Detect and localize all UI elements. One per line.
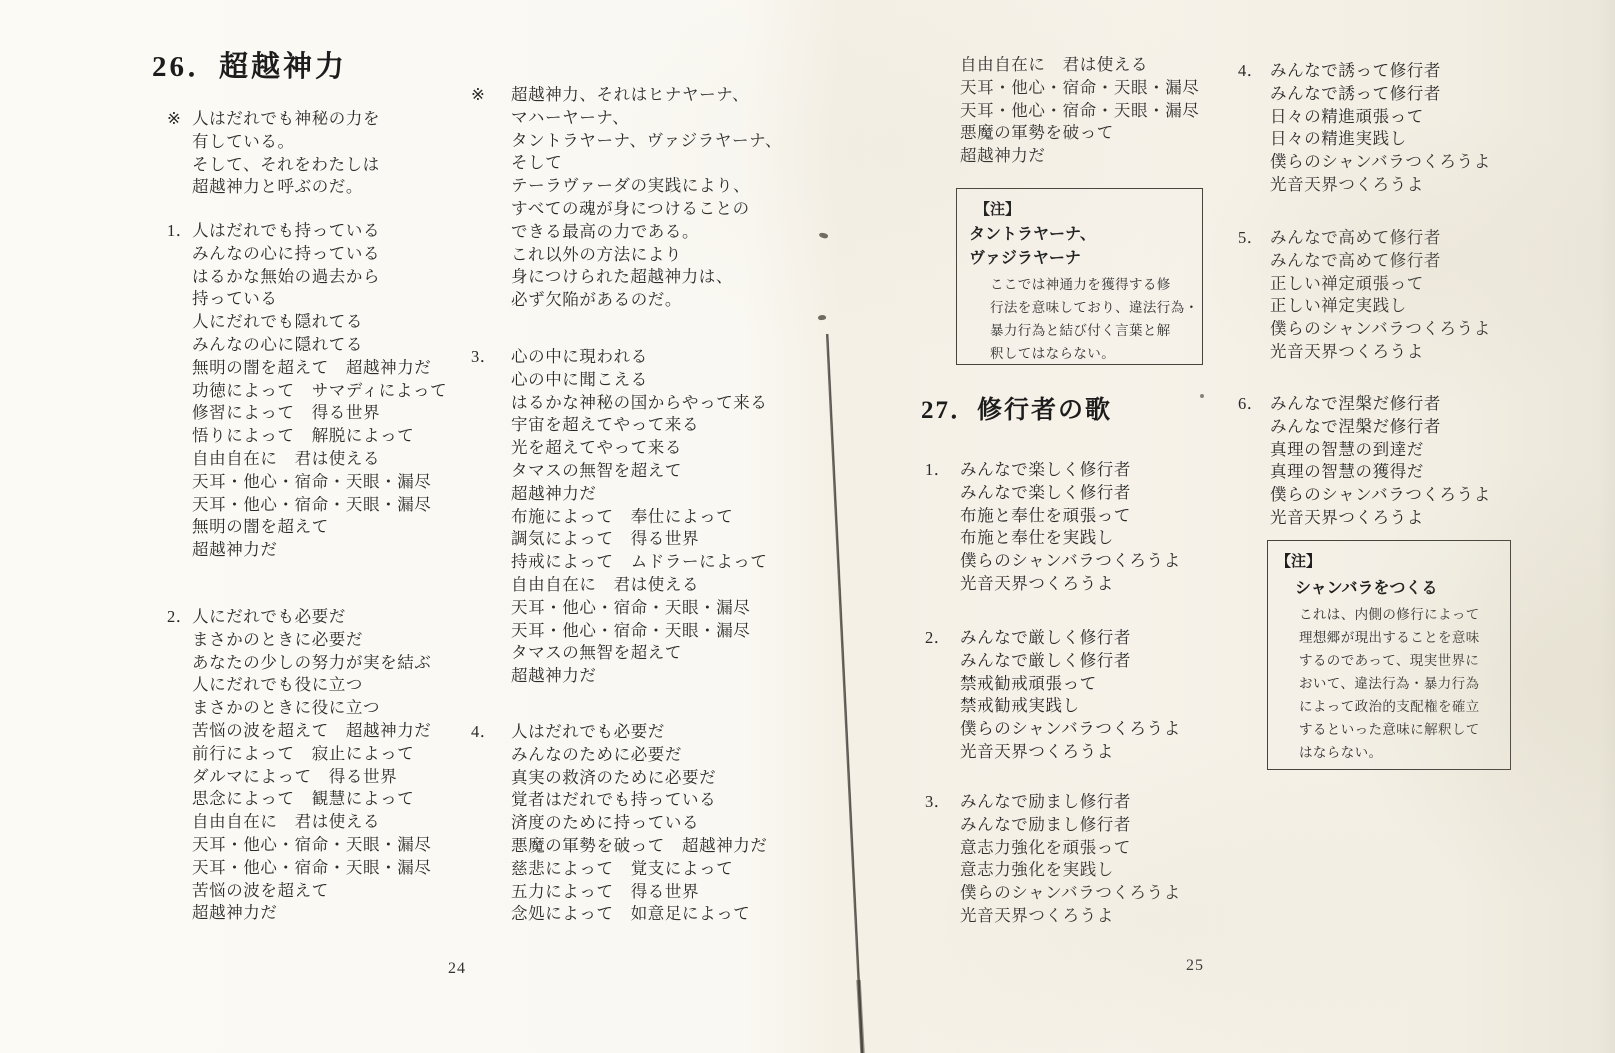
page-number-right: 25 bbox=[1186, 957, 1204, 975]
text-line: 人にだれでも隠れてる bbox=[192, 311, 447, 334]
verse-number: 3． bbox=[925, 791, 960, 814]
verse-continuation-block: 自由自在に 君は使える天耳・他心・宿命・天眼・漏尽天耳・他心・宿命・天眼・漏尽悪… bbox=[925, 54, 1199, 168]
text-line: 行法を意味しており、違法行為・ bbox=[990, 296, 1202, 319]
text-line: 超越神力だ bbox=[192, 539, 447, 562]
text-line: 禁戒勧戒実践し bbox=[960, 695, 1181, 718]
section-title-27: 27．修行者の歌 bbox=[921, 390, 1112, 426]
verse-number: 2． bbox=[925, 627, 960, 650]
text-line: みんなのために必要だ bbox=[511, 744, 768, 767]
text-line: 天耳・他心・宿命・天眼・漏尽 bbox=[192, 471, 447, 494]
intro-block: ※ 人はだれでも神秘の力を有している。そして、それをわたしは超越神力と呼ぶのだ。 bbox=[167, 108, 380, 199]
text-line: 真理の智慧の到達だ bbox=[1270, 439, 1491, 462]
text-line: 天耳・他心・宿命・天眼・漏尽 bbox=[192, 834, 431, 857]
text-line: 悪魔の軍勢を破って bbox=[960, 122, 1199, 145]
verse-number: 3． bbox=[471, 346, 511, 369]
ink-speck bbox=[818, 232, 828, 240]
verse-block: 5． みんなで高めて修行者みんなで高めて修行者正しい禅定頑張って正しい禅定実践し… bbox=[1238, 227, 1491, 364]
verse-lines: 人にだれでも必要だまさかのときに必要だあなたの少しの努力が実を結ぶ人にだれでも役… bbox=[192, 606, 431, 925]
text-line: みんなの心に持っている bbox=[192, 243, 447, 266]
text-line: まさかのときに必要だ bbox=[192, 629, 431, 652]
verse-lines: みんなで誘って修行者みんなで誘って修行者日々の精進頑張って日々の精進実践し僕らの… bbox=[1270, 60, 1491, 197]
verse-block: 4． みんなで誘って修行者みんなで誘って修行者日々の精進頑張って日々の精進実践し… bbox=[1238, 60, 1491, 197]
text-line: 天耳・他心・宿命・天眼・漏尽 bbox=[192, 857, 431, 880]
text-line: 超越神力だ bbox=[511, 483, 768, 506]
text-line: シャンバラをつくる bbox=[1295, 577, 1510, 601]
text-line: おいて、違法行為・暴力行為 bbox=[1299, 672, 1510, 695]
text-line: 五力によって 得る世界 bbox=[511, 881, 768, 904]
text-line: みんなで厳しく修行者 bbox=[960, 627, 1181, 650]
intro-lines: 人はだれでも神秘の力を有している。そして、それをわたしは超越神力と呼ぶのだ。 bbox=[192, 108, 380, 199]
verse-block: 1． みんなで楽しく修行者みんなで楽しく修行者布施と奉仕を頑張って布施と奉仕を実… bbox=[925, 459, 1181, 596]
verse-lines: みんなで楽しく修行者みんなで楽しく修行者布施と奉仕を頑張って布施と奉仕を実践し僕… bbox=[960, 459, 1181, 596]
text-line: 日々の精進実践し bbox=[1270, 128, 1491, 151]
ink-speck bbox=[1200, 394, 1204, 398]
text-line: みんなで涅槃だ修行者 bbox=[1270, 416, 1491, 439]
text-line: みんなで涅槃だ修行者 bbox=[1270, 393, 1491, 416]
text-line: 持っている bbox=[192, 288, 447, 311]
text-line: これは、内側の修行によって bbox=[1299, 603, 1510, 626]
text-line: 自由自在に 君は使える bbox=[192, 811, 431, 834]
text-line: するといった意味に解釈して bbox=[1299, 718, 1510, 741]
verse-lines: みんなで厳しく修行者みんなで厳しく修行者禁戒勧戒頑張って禁戒勧戒実践し僕らのシャ… bbox=[960, 627, 1181, 764]
text-line: するのであって、現実世界に bbox=[1299, 649, 1510, 672]
verse-block: 4． 人はだれでも必要だみんなのために必要だ真実の救済のために必要だ覚者はだれで… bbox=[471, 721, 768, 926]
verse-number: 2． bbox=[167, 606, 192, 629]
text-line: 身につけられた超越神力は、 bbox=[511, 266, 782, 289]
text-line: 必ず欠陥があるのだ。 bbox=[511, 289, 782, 312]
text-line: 理想郷が現出することを意味 bbox=[1299, 626, 1510, 649]
text-line: 覚者はだれでも持っている bbox=[511, 789, 768, 812]
text-line: 天耳・他心・宿命・天眼・漏尽 bbox=[511, 620, 768, 643]
verse-lines: 心の中に現われる心の中に聞こえるはるかな神秘の国からやって来る宇宙を超えてやって… bbox=[511, 346, 768, 688]
verse-block: 3． みんなで励まし修行者みんなで励まし修行者意志力強化を頑張って意志力強化を実… bbox=[925, 791, 1181, 928]
text-line: ダルマによって 得る世界 bbox=[192, 766, 431, 789]
text-line: 功徳によって サマディによって bbox=[192, 380, 447, 403]
verse-block: 1． 人はだれでも持っているみんなの心に持っているはるかな無始の過去から持ってい… bbox=[167, 220, 447, 562]
text-line: 僕らのシャンバラつくろうよ bbox=[960, 882, 1181, 905]
text-line: 超越神力と呼ぶのだ。 bbox=[192, 176, 380, 199]
text-line: みんなで高めて修行者 bbox=[1270, 227, 1491, 250]
text-line: 悪魔の軍勢を破って 超越神力だ bbox=[511, 835, 768, 858]
text-line: 光音天界つくろうよ bbox=[1270, 507, 1491, 530]
text-line: 釈してはならない。 bbox=[990, 342, 1202, 365]
text-line: 人はだれでも必要だ bbox=[511, 721, 768, 744]
text-line: タマスの無智を超えて bbox=[511, 460, 768, 483]
reference-mark: ※ bbox=[471, 84, 511, 107]
text-line: はるかな神秘の国からやって来る bbox=[511, 392, 768, 415]
text-line: 正しい禅定実践し bbox=[1270, 295, 1491, 318]
text-line: できる最高の力である。 bbox=[511, 221, 782, 244]
text-line: 超越神力だ bbox=[192, 902, 431, 925]
note-box-tantrayana: 【注】 タントラヤーナ、ヴァジラヤーナ ここでは神通力を獲得する修行法を意味して… bbox=[956, 188, 1203, 365]
verse-number: 4． bbox=[1238, 60, 1270, 83]
verse-block: 2． 人にだれでも必要だまさかのときに必要だあなたの少しの努力が実を結ぶ人にだれ… bbox=[167, 606, 431, 925]
text-line: タントラヤーナ、 bbox=[969, 223, 1202, 247]
book-spread-scan: 26．超越神力 ※ 人はだれでも神秘の力を有している。そして、それをわたしは超越… bbox=[0, 0, 1615, 1053]
text-line: これ以外の方法により bbox=[511, 244, 782, 267]
text-line: タマスの無智を超えて bbox=[511, 642, 768, 665]
text-line: 人にだれでも役に立つ bbox=[192, 674, 431, 697]
text-line: はるかな無始の過去から bbox=[192, 266, 447, 289]
text-line: みんなで楽しく修行者 bbox=[960, 482, 1181, 505]
text-line: によって政治的支配権を確立 bbox=[1299, 695, 1510, 718]
text-line: みんなで励まし修行者 bbox=[960, 791, 1181, 814]
verse-block: 3． 心の中に現われる心の中に聞こえるはるかな神秘の国からやって来る宇宙を超えて… bbox=[471, 346, 768, 688]
intro-block: ※ 超越神力、それはヒナヤーナ、マハーヤーナ、タントラヤーナ、ヴァジラヤーナ、そ… bbox=[471, 84, 782, 312]
text-line: 光音天界つくろうよ bbox=[960, 573, 1181, 596]
text-line: みんなで楽しく修行者 bbox=[960, 459, 1181, 482]
text-line: みんなで厳しく修行者 bbox=[960, 650, 1181, 673]
text-line: 意志力強化を頑張って bbox=[960, 837, 1181, 860]
text-line: 天耳・他心・宿命・天眼・漏尽 bbox=[960, 100, 1199, 123]
note-body: ここでは神通力を獲得する修行法を意味しており、違法行為・暴力行為と結び付く言葉と… bbox=[990, 273, 1202, 365]
text-line: みんなで誘って修行者 bbox=[1270, 60, 1491, 83]
note-box-shambhala: 【注】 シャンバラをつくる これは、内側の修行によって理想郷が現出することを意味… bbox=[1267, 540, 1511, 770]
text-line: 意志力強化を実践し bbox=[960, 859, 1181, 882]
text-line: 悟りによって 解脱によって bbox=[192, 425, 447, 448]
text-line: 僕らのシャンバラつくろうよ bbox=[1270, 484, 1491, 507]
note-body: これは、内側の修行によって理想郷が現出することを意味するのであって、現実世界にお… bbox=[1299, 603, 1510, 764]
text-line: 天耳・他心・宿命・天眼・漏尽 bbox=[192, 494, 447, 517]
text-line: 自由自在に 君は使える bbox=[192, 448, 447, 471]
text-line: そして、それをわたしは bbox=[192, 154, 380, 177]
text-line: 苦悩の波を超えて 超越神力だ bbox=[192, 720, 431, 743]
text-line: 真実の救済のために必要だ bbox=[511, 767, 768, 790]
verse-lines: みんなで励まし修行者みんなで励まし修行者意志力強化を頑張って意志力強化を実践し僕… bbox=[960, 791, 1181, 928]
verse-block: 6． みんなで涅槃だ修行者みんなで涅槃だ修行者真理の智慧の到達だ真理の智慧の獲得… bbox=[1238, 393, 1491, 530]
text-line: 修習によって 得る世界 bbox=[192, 402, 447, 425]
text-line: 念処によって 如意足によって bbox=[511, 903, 768, 926]
intro-lines: 超越神力、それはヒナヤーナ、マハーヤーナ、タントラヤーナ、ヴァジラヤーナ、そして… bbox=[511, 84, 782, 312]
verse-number: 6． bbox=[1238, 393, 1270, 416]
text-line: 持戒によって ムドラーによって bbox=[511, 551, 768, 574]
text-line: あなたの少しの努力が実を結ぶ bbox=[192, 652, 431, 675]
text-line: 人はだれでも神秘の力を bbox=[192, 108, 380, 131]
text-line: 光音天界つくろうよ bbox=[960, 905, 1181, 928]
text-line: 無明の闇を超えて 超越神力だ bbox=[192, 357, 447, 380]
text-line: 前行によって 寂止によって bbox=[192, 743, 431, 766]
text-line: 天耳・他心・宿命・天眼・漏尽 bbox=[511, 597, 768, 620]
text-line: 苦悩の波を超えて bbox=[192, 880, 431, 903]
text-line: タントラヤーナ、ヴァジラヤーナ、 bbox=[511, 130, 782, 153]
page-number-left: 24 bbox=[448, 960, 466, 978]
verse-lines: 自由自在に 君は使える天耳・他心・宿命・天眼・漏尽天耳・他心・宿命・天眼・漏尽悪… bbox=[960, 54, 1199, 168]
text-line: 済度のために持っている bbox=[511, 812, 768, 835]
text-line: みんなで高めて修行者 bbox=[1270, 250, 1491, 273]
text-line: 暴力行為と結び付く言葉と解 bbox=[990, 319, 1202, 342]
text-line: 光音天界つくろうよ bbox=[960, 741, 1181, 764]
text-line: ヴァジラヤーナ bbox=[969, 247, 1202, 271]
gutter-shadow bbox=[815, 330, 875, 1053]
text-line: 超越神力だ bbox=[511, 665, 768, 688]
text-line: 禁戒勧戒頑張って bbox=[960, 673, 1181, 696]
text-line: 天耳・他心・宿命・天眼・漏尽 bbox=[960, 77, 1199, 100]
ink-speck bbox=[818, 314, 827, 320]
text-line: 布施と奉仕を実践し bbox=[960, 527, 1181, 550]
text-line: 慈悲によって 覚支によって bbox=[511, 858, 768, 881]
text-line: 宇宙を超えてやって来る bbox=[511, 414, 768, 437]
verse-lines: 人はだれでも持っているみんなの心に持っているはるかな無始の過去から持っている人に… bbox=[192, 220, 447, 562]
text-line: テーラヴァーダの実践により、 bbox=[511, 175, 782, 198]
text-line: 心の中に現われる bbox=[511, 346, 768, 369]
note-headings: タントラヤーナ、ヴァジラヤーナ bbox=[969, 223, 1202, 271]
verse-lines: 人はだれでも必要だみんなのために必要だ真実の救済のために必要だ覚者はだれでも持っ… bbox=[511, 721, 768, 926]
text-line: 正しい禅定頑張って bbox=[1270, 273, 1491, 296]
note-label: 【注】 bbox=[1276, 550, 1510, 574]
text-line: みんなの心に隠れてる bbox=[192, 334, 447, 357]
text-line: 自由自在に 君は使える bbox=[960, 54, 1199, 77]
text-line: すべての魂が身につけることの bbox=[511, 198, 782, 221]
text-line: はならない。 bbox=[1299, 741, 1510, 764]
text-line: 有している。 bbox=[192, 131, 380, 154]
text-line: 超越神力、それはヒナヤーナ、 bbox=[511, 84, 782, 107]
text-line: そして bbox=[511, 152, 782, 175]
verse-number: 5． bbox=[1238, 227, 1270, 250]
text-line: 超越神力だ bbox=[960, 145, 1199, 168]
text-line: 光音天界つくろうよ bbox=[1270, 341, 1491, 364]
text-line: 自由自在に 君は使える bbox=[511, 574, 768, 597]
text-line: 思念によって 観慧によって bbox=[192, 788, 431, 811]
text-line: 布施と奉仕を頑張って bbox=[960, 505, 1181, 528]
text-line: 無明の闇を超えて bbox=[192, 516, 447, 539]
text-line: 布施によって 奉仕によって bbox=[511, 506, 768, 529]
text-line: 僕らのシャンバラつくろうよ bbox=[1270, 151, 1491, 174]
text-line: みんなで誘って修行者 bbox=[1270, 83, 1491, 106]
text-line: 僕らのシャンバラつくろうよ bbox=[960, 550, 1181, 573]
reference-mark: ※ bbox=[167, 108, 192, 131]
verse-number: 4． bbox=[471, 721, 511, 744]
text-line: 光を超えてやって来る bbox=[511, 437, 768, 460]
note-headings: シャンバラをつくる bbox=[1295, 577, 1510, 601]
text-line: 日々の精進頑張って bbox=[1270, 106, 1491, 129]
text-line: 光音天界つくろうよ bbox=[1270, 174, 1491, 197]
text-line: 調気によって 得る世界 bbox=[511, 528, 768, 551]
verse-number: 1． bbox=[925, 459, 960, 482]
text-line: マハーヤーナ、 bbox=[511, 107, 782, 130]
verse-lines: みんなで高めて修行者みんなで高めて修行者正しい禅定頑張って正しい禅定実践し僕らの… bbox=[1270, 227, 1491, 364]
text-line: 真理の智慧の獲得だ bbox=[1270, 461, 1491, 484]
text-line: ここでは神通力を獲得する修 bbox=[990, 273, 1202, 296]
verse-block: 2． みんなで厳しく修行者みんなで厳しく修行者禁戒勧戒頑張って禁戒勧戒実践し僕ら… bbox=[925, 627, 1181, 764]
text-line: まさかのときに役に立つ bbox=[192, 697, 431, 720]
note-label: 【注】 bbox=[975, 198, 1202, 222]
section-title-26: 26．超越神力 bbox=[152, 44, 347, 85]
text-line: 心の中に聞こえる bbox=[511, 369, 768, 392]
text-line: 僕らのシャンバラつくろうよ bbox=[1270, 318, 1491, 341]
text-line: みんなで励まし修行者 bbox=[960, 814, 1181, 837]
text-line: 人にだれでも必要だ bbox=[192, 606, 431, 629]
verse-lines: みんなで涅槃だ修行者みんなで涅槃だ修行者真理の智慧の到達だ真理の智慧の獲得だ僕ら… bbox=[1270, 393, 1491, 530]
verse-number: 1． bbox=[167, 220, 192, 243]
text-line: 僕らのシャンバラつくろうよ bbox=[960, 718, 1181, 741]
text-line: 人はだれでも持っている bbox=[192, 220, 447, 243]
